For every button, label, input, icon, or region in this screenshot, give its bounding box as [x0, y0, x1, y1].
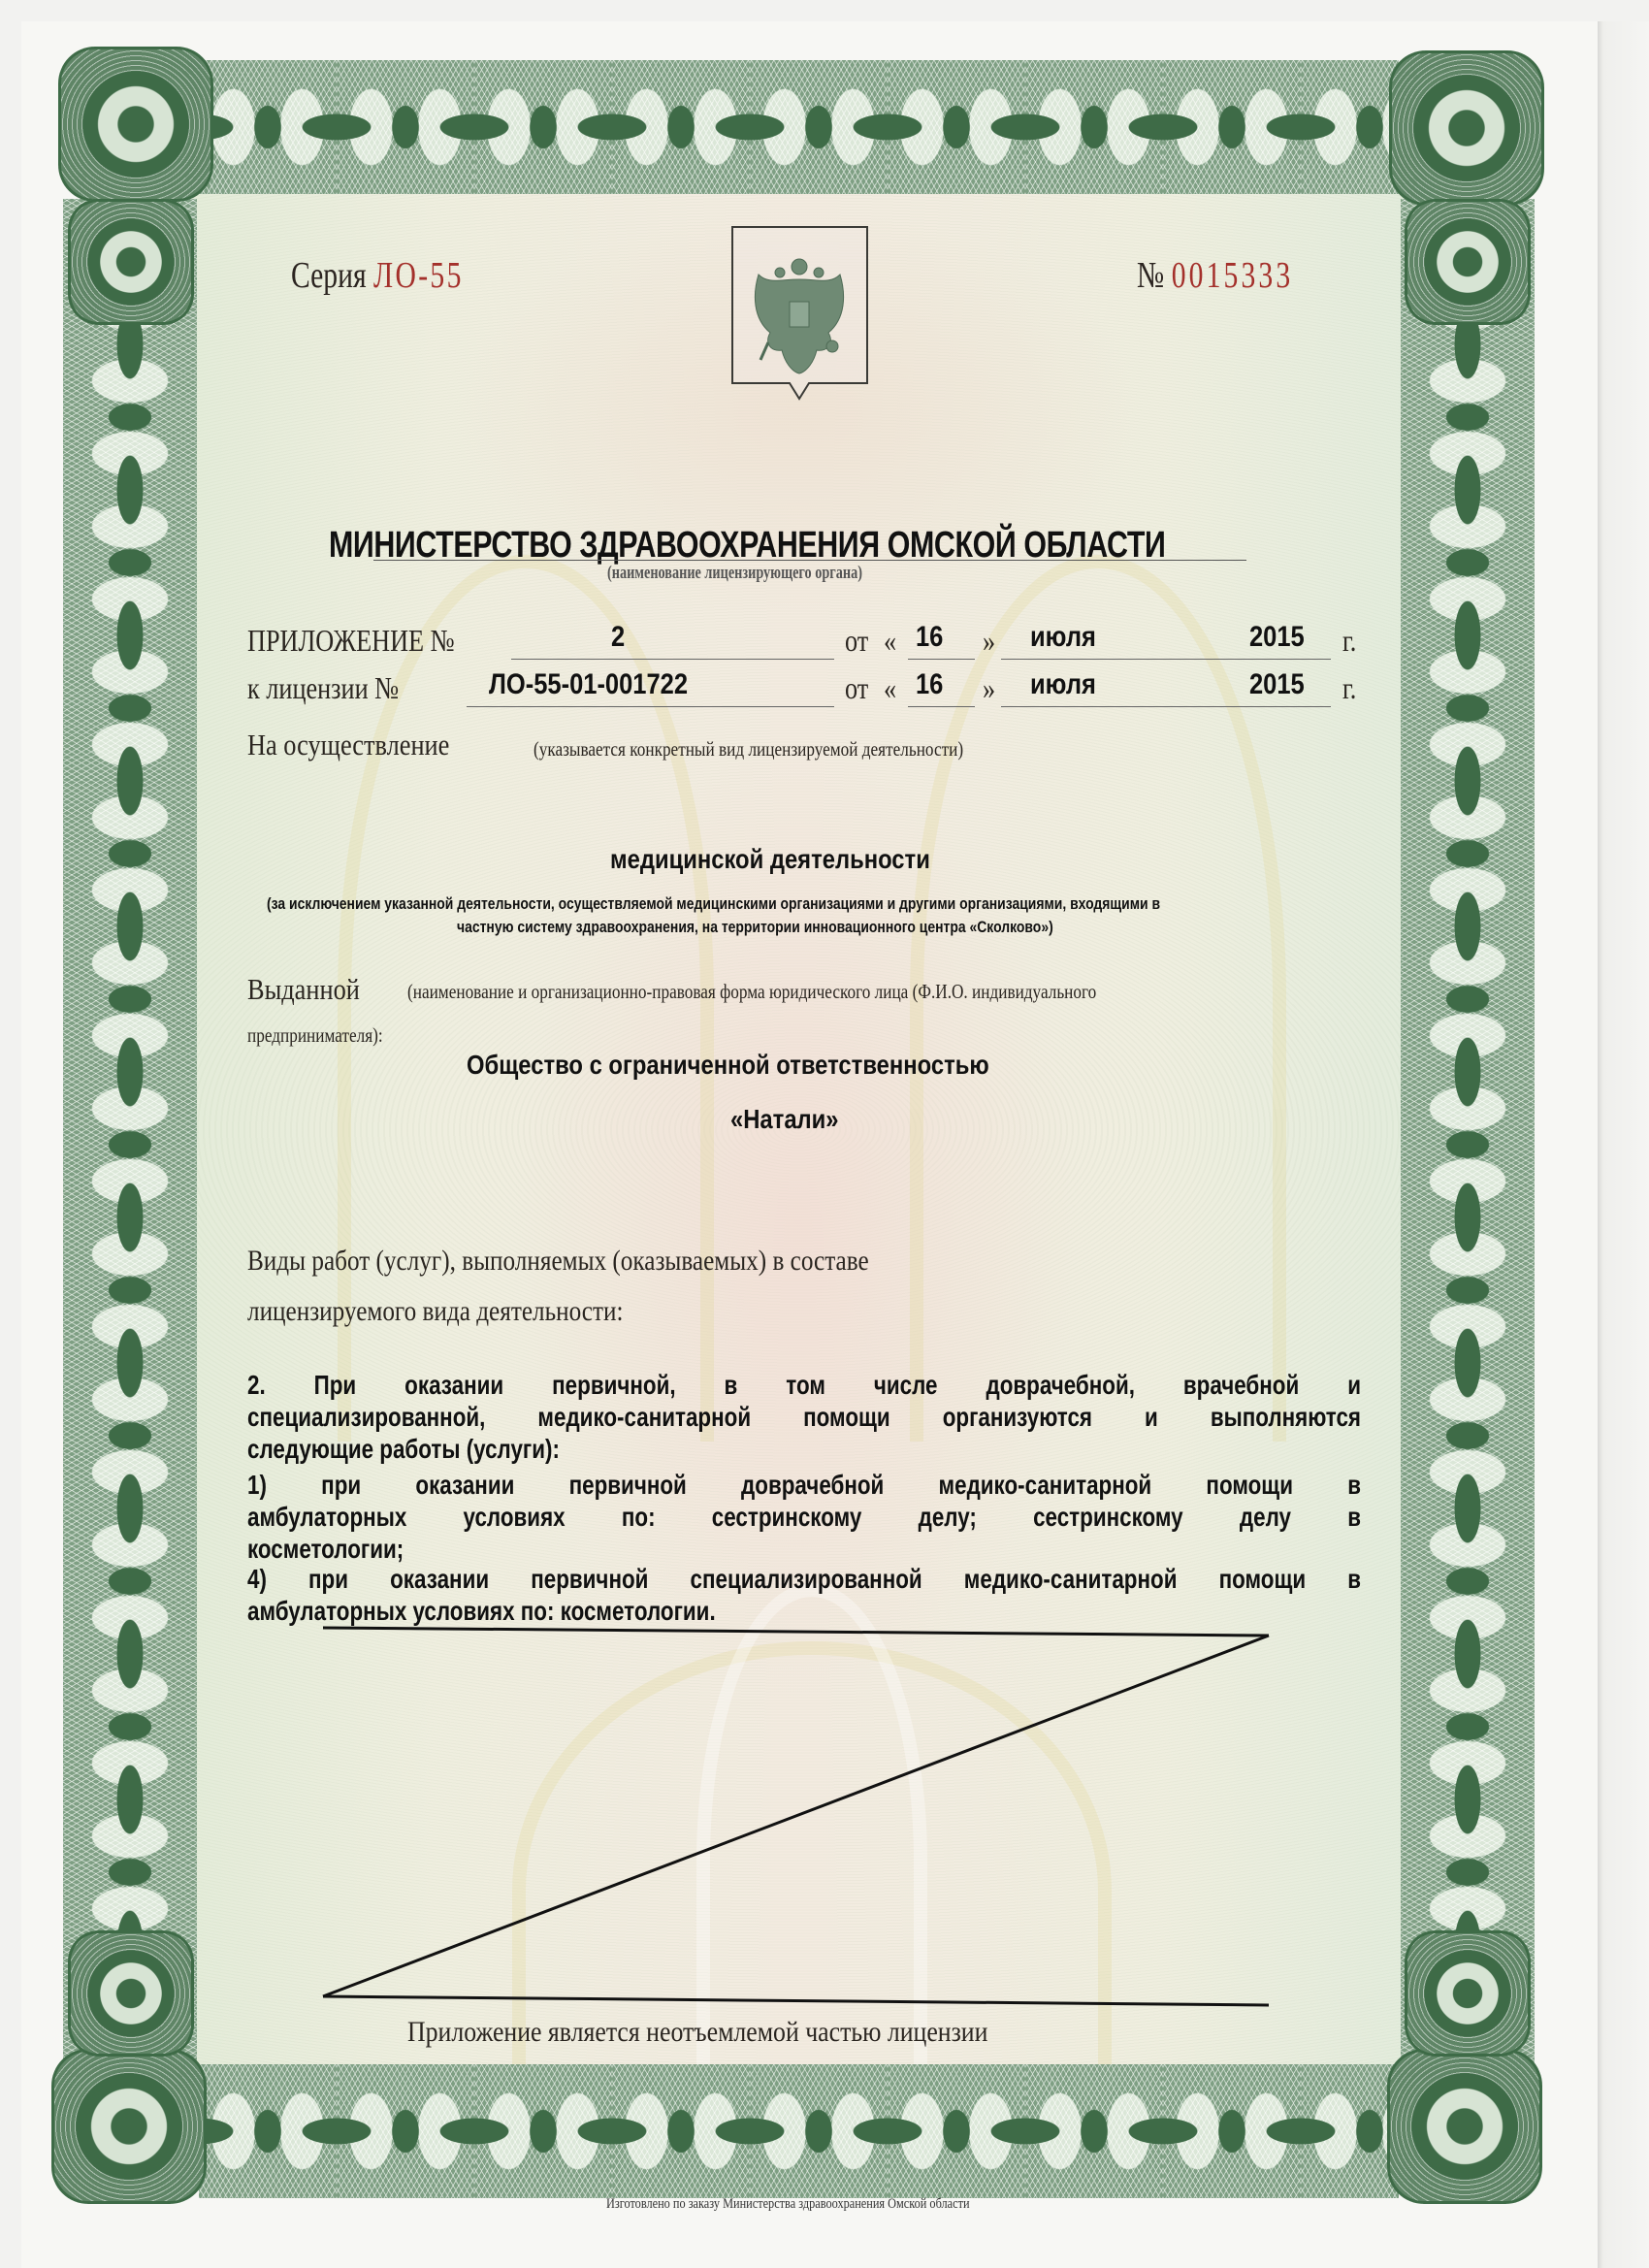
license-year: 2015 — [1249, 668, 1305, 701]
border-top — [199, 60, 1399, 194]
works-line: амбулаторных условиях по: сестринскому д… — [247, 1502, 1361, 1533]
works-line: специализированной, медико-санитарной по… — [247, 1402, 1361, 1433]
organization-form: Общество с ограниченной ответственностью — [467, 1050, 989, 1081]
license-day-line — [908, 706, 975, 707]
appendix-day-line — [908, 659, 975, 660]
number-value: 0015333 — [1172, 255, 1294, 296]
works-line: 2. При оказании первичной, в том числе д… — [247, 1370, 1361, 1401]
activity-label: На осуществление — [247, 728, 449, 762]
side-rosette — [68, 1930, 194, 2057]
works-line: 1) при оказании первичной доврачебной ме… — [247, 1470, 1361, 1501]
activity-row: На осуществление — [247, 728, 485, 762]
series-value: ЛО-55 — [373, 255, 464, 296]
license-label: к лицензии № — [247, 670, 399, 706]
side-rosette — [1405, 199, 1531, 325]
issued-to-caption-2: предпринимателя): — [247, 1023, 383, 1048]
quote-open: « — [884, 623, 896, 659]
side-rosette — [68, 199, 194, 325]
corner-rosette-top-left — [58, 47, 213, 202]
series: Серия ЛО-55 — [291, 254, 464, 297]
quote-close: » — [983, 670, 995, 706]
corner-rosette-top-right — [1389, 50, 1544, 206]
license-month-year-line — [1001, 706, 1331, 707]
activity-note-line-2: частную систему здравоохранения, на терр… — [457, 918, 1053, 937]
appendix-month-year-line — [1001, 659, 1331, 660]
license-month: июля — [1030, 668, 1096, 701]
appendix-number-line — [511, 659, 834, 660]
border-right — [1401, 199, 1535, 2066]
russian-coat-of-arms-icon — [731, 226, 868, 401]
organization-name: «Натали» — [730, 1104, 839, 1135]
works-line: 4) при оказании первичной специализирова… — [247, 1564, 1361, 1595]
appendix-number: 2 — [611, 621, 625, 654]
license-number-line — [467, 706, 834, 707]
works-line: следующие работы (услуги): — [247, 1434, 560, 1465]
appendix-label: ПРИЛОЖЕНИЕ № — [247, 623, 455, 659]
corner-rosette-bottom-left — [51, 2049, 207, 2204]
appendix-year-suffix: г. — [1342, 623, 1356, 659]
watermark-arc — [696, 1583, 927, 2140]
license-from-label: от — [845, 670, 868, 706]
border-bottom — [199, 2064, 1399, 2198]
license-year-suffix: г. — [1342, 670, 1356, 706]
works-line: косметологии; — [247, 1534, 404, 1565]
side-rosette — [1405, 1930, 1531, 2057]
license-day: 16 — [916, 668, 943, 701]
appendix-month: июля — [1030, 621, 1096, 654]
works-heading-2: лицензируемого вида деятельности: — [247, 1295, 623, 1328]
quote-close: » — [983, 623, 995, 659]
number-label: № — [1137, 255, 1164, 296]
issued-to-label: Выданной — [247, 972, 360, 1007]
appendix-year: 2015 — [1249, 621, 1305, 654]
license-number: ЛО-55-01-001722 — [489, 668, 688, 701]
activity-value: медицинской деятельности — [610, 844, 930, 875]
appendix-day: 16 — [916, 621, 943, 654]
license-form-number: № 0015333 — [1137, 254, 1293, 297]
authority-underline — [373, 560, 1246, 561]
licensing-authority-caption: (наименование лицензирующего органа) — [607, 563, 862, 584]
scan-margin — [1598, 21, 1649, 2268]
activity-note-line-1: (за исключением указанной деятельности, … — [267, 894, 1160, 914]
works-heading-1: Виды работ (услуг), выполняемых (оказыва… — [247, 1245, 869, 1278]
quote-open: « — [884, 670, 896, 706]
integral-part-note: Приложение является неотъемлемой частью … — [407, 2016, 987, 2049]
appendix-from-label: от — [845, 623, 868, 659]
works-line: амбулаторных условиях по: косметологии. — [247, 1596, 716, 1627]
border-left — [63, 199, 197, 2066]
activity-caption: (указывается конкретный вид лицензируемо… — [533, 737, 963, 761]
corner-rosette-bottom-right — [1387, 2049, 1542, 2204]
series-label: Серия — [291, 255, 367, 296]
issued-to-caption-1: (наименование и организационно-правовая … — [407, 980, 1096, 1004]
printed-by-note: Изготовлено по заказу Министерства здрав… — [606, 2196, 970, 2213]
